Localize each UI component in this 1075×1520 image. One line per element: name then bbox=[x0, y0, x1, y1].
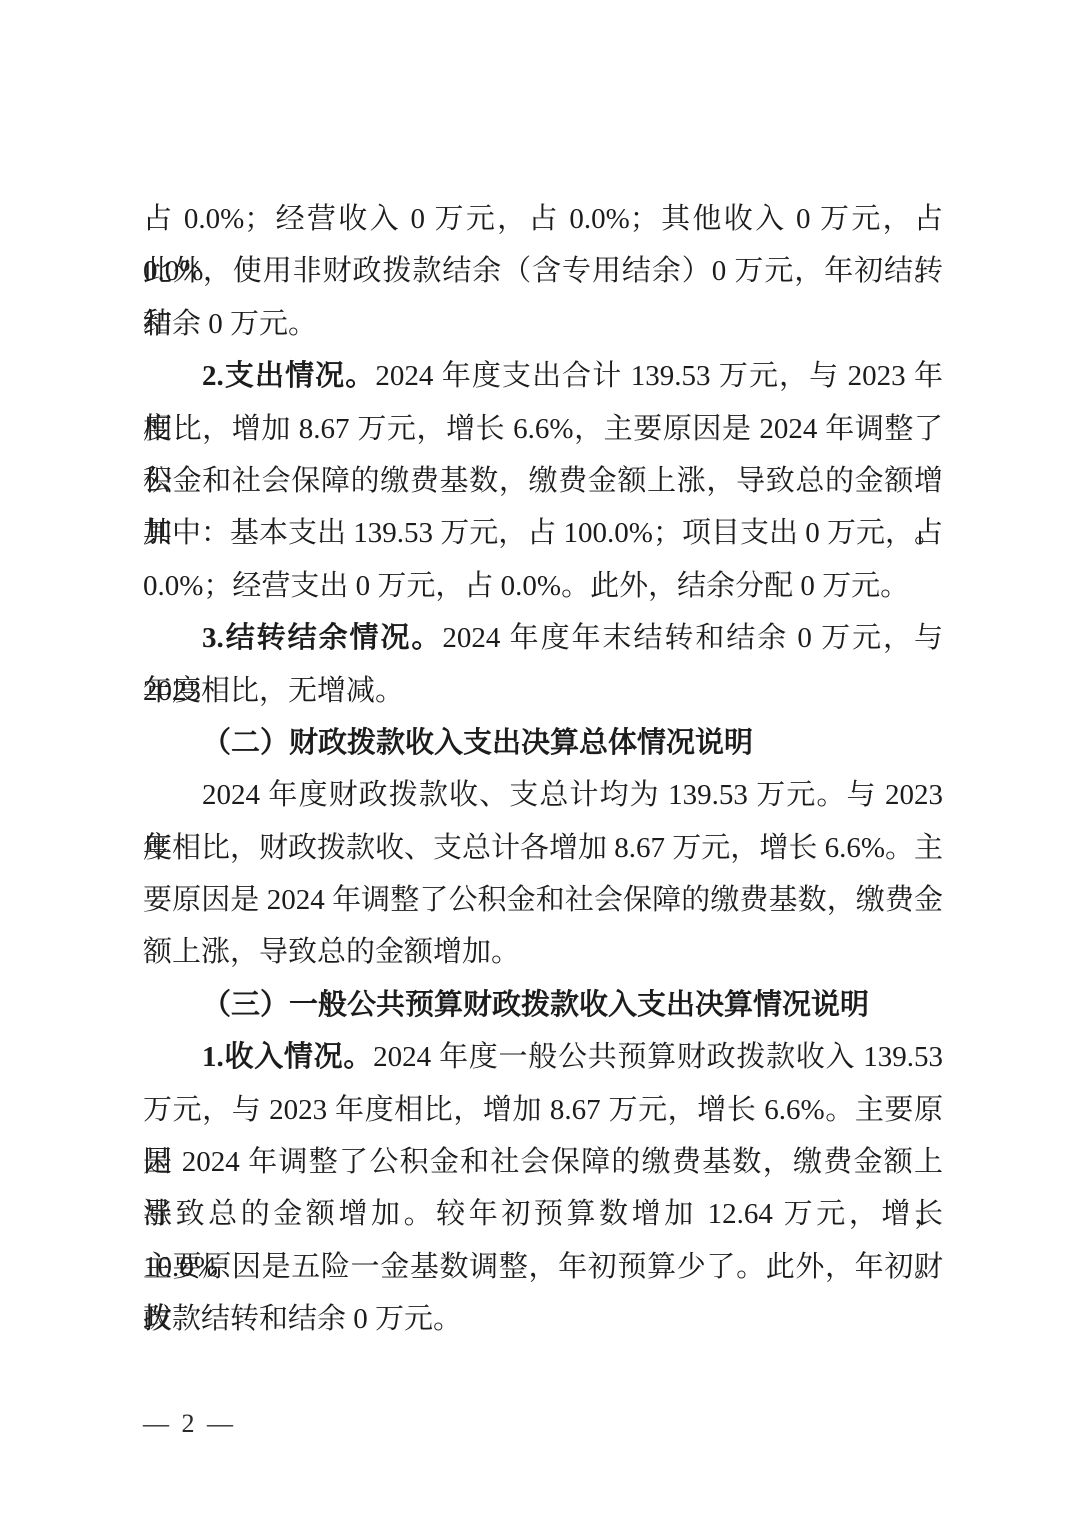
paragraph-expenditure: 2.支出情况。2024 年度支出合计 139.53 万元，与 2023 年度 相… bbox=[143, 350, 943, 612]
text-line: 积金和社会保障的缴费基数，缴费金额上涨，导致总的金额增加。 bbox=[143, 455, 943, 507]
text-line: 要原因是 2024 年调整了公积金和社会保障的缴费基数，缴费金 bbox=[143, 874, 943, 926]
page-number: — 2 — bbox=[143, 1406, 233, 1442]
paragraph-lead-bold: 3.结转结余情况。 bbox=[202, 622, 442, 654]
paragraph-lead-bold: 1.收入情况。 bbox=[202, 1041, 373, 1073]
text-line: 0.0%；经营支出 0 万元，占 0.0%。此外，结余分配 0 万元。 bbox=[143, 560, 943, 612]
document-page: 占 0.0%；经营收入 0 万元，占 0.0%；其他收入 0 万元，占 0.0%… bbox=[0, 0, 1075, 1520]
section-heading: （二）财政拨款收入支出决算总体情况说明 bbox=[143, 717, 943, 769]
paragraph-lead-bold: 2.支出情况。 bbox=[202, 360, 375, 392]
text-line: 额上涨，导致总的金额增加。 bbox=[143, 926, 943, 978]
text-line: 2.支出情况。2024 年度支出合计 139.53 万元，与 2023 年度 bbox=[143, 350, 943, 402]
text-line: 此外，使用非财政拨款结余（含专用结余）0 万元，年初结转和 bbox=[143, 245, 943, 297]
paragraph-general-budget-income: 1.收入情况。2024 年度一般公共预算财政拨款收入 139.53 万元，与 2… bbox=[143, 1031, 943, 1345]
text-line: 万元，与 2023 年度相比，增加 8.67 万元，增长 6.6%。主要原因 bbox=[143, 1084, 943, 1136]
text-line: 1.收入情况。2024 年度一般公共预算财政拨款收入 139.53 bbox=[143, 1031, 943, 1083]
text-line: 导致总的金额增加。较年初预算数增加 12.64 万元，增长 10.0%。 bbox=[143, 1188, 943, 1240]
text-line: 年度相比，无增减。 bbox=[143, 665, 943, 717]
heading-section-2: （二）财政拨款收入支出决算总体情况说明 bbox=[143, 717, 943, 769]
section-heading: （三）一般公共预算财政拨款收入支出决算情况说明 bbox=[143, 979, 943, 1031]
paragraph-carryover: 3.结转结余情况。2024 年度年末结转和结余 0 万元，与 2023 年度相比… bbox=[143, 612, 943, 717]
paragraph-fiscal-appropriation-total: 2024 年度财政拨款收、支总计均为 139.53 万元。与 2023 年 度相… bbox=[143, 769, 943, 979]
document-body: 占 0.0%；经营收入 0 万元，占 0.0%；其他收入 0 万元，占 0.0%… bbox=[143, 193, 943, 1346]
text-line: 主要原因是五险一金基数调整，年初预算少了。此外，年初财政 bbox=[143, 1241, 943, 1293]
text-line: 度相比，财政拨款收、支总计各增加 8.67 万元，增长 6.6%。主 bbox=[143, 822, 943, 874]
text-line: 2024 年度财政拨款收、支总计均为 139.53 万元。与 2023 年 bbox=[143, 769, 943, 821]
text-line: 是 2024 年调整了公积金和社会保障的缴费基数，缴费金额上涨， bbox=[143, 1136, 943, 1188]
text-line: 拨款结转和结余 0 万元。 bbox=[143, 1293, 943, 1345]
paragraph-income-continuation: 占 0.0%；经营收入 0 万元，占 0.0%；其他收入 0 万元，占 0.0%… bbox=[143, 193, 943, 350]
text-line: 其中：基本支出 139.53 万元，占 100.0%；项目支出 0 万元，占 bbox=[143, 507, 943, 559]
text-segment: 2024 年度一般公共预算财政拨款收入 139.53 bbox=[373, 1041, 943, 1073]
text-line: 占 0.0%；经营收入 0 万元，占 0.0%；其他收入 0 万元，占 0.0%… bbox=[143, 193, 943, 245]
text-line: 结余 0 万元。 bbox=[143, 298, 943, 350]
heading-section-3: （三）一般公共预算财政拨款收入支出决算情况说明 bbox=[143, 979, 943, 1031]
text-line: 3.结转结余情况。2024 年度年末结转和结余 0 万元，与 2023 bbox=[143, 612, 943, 664]
text-line: 相比，增加 8.67 万元，增长 6.6%，主要原因是 2024 年调整了公 bbox=[143, 403, 943, 455]
